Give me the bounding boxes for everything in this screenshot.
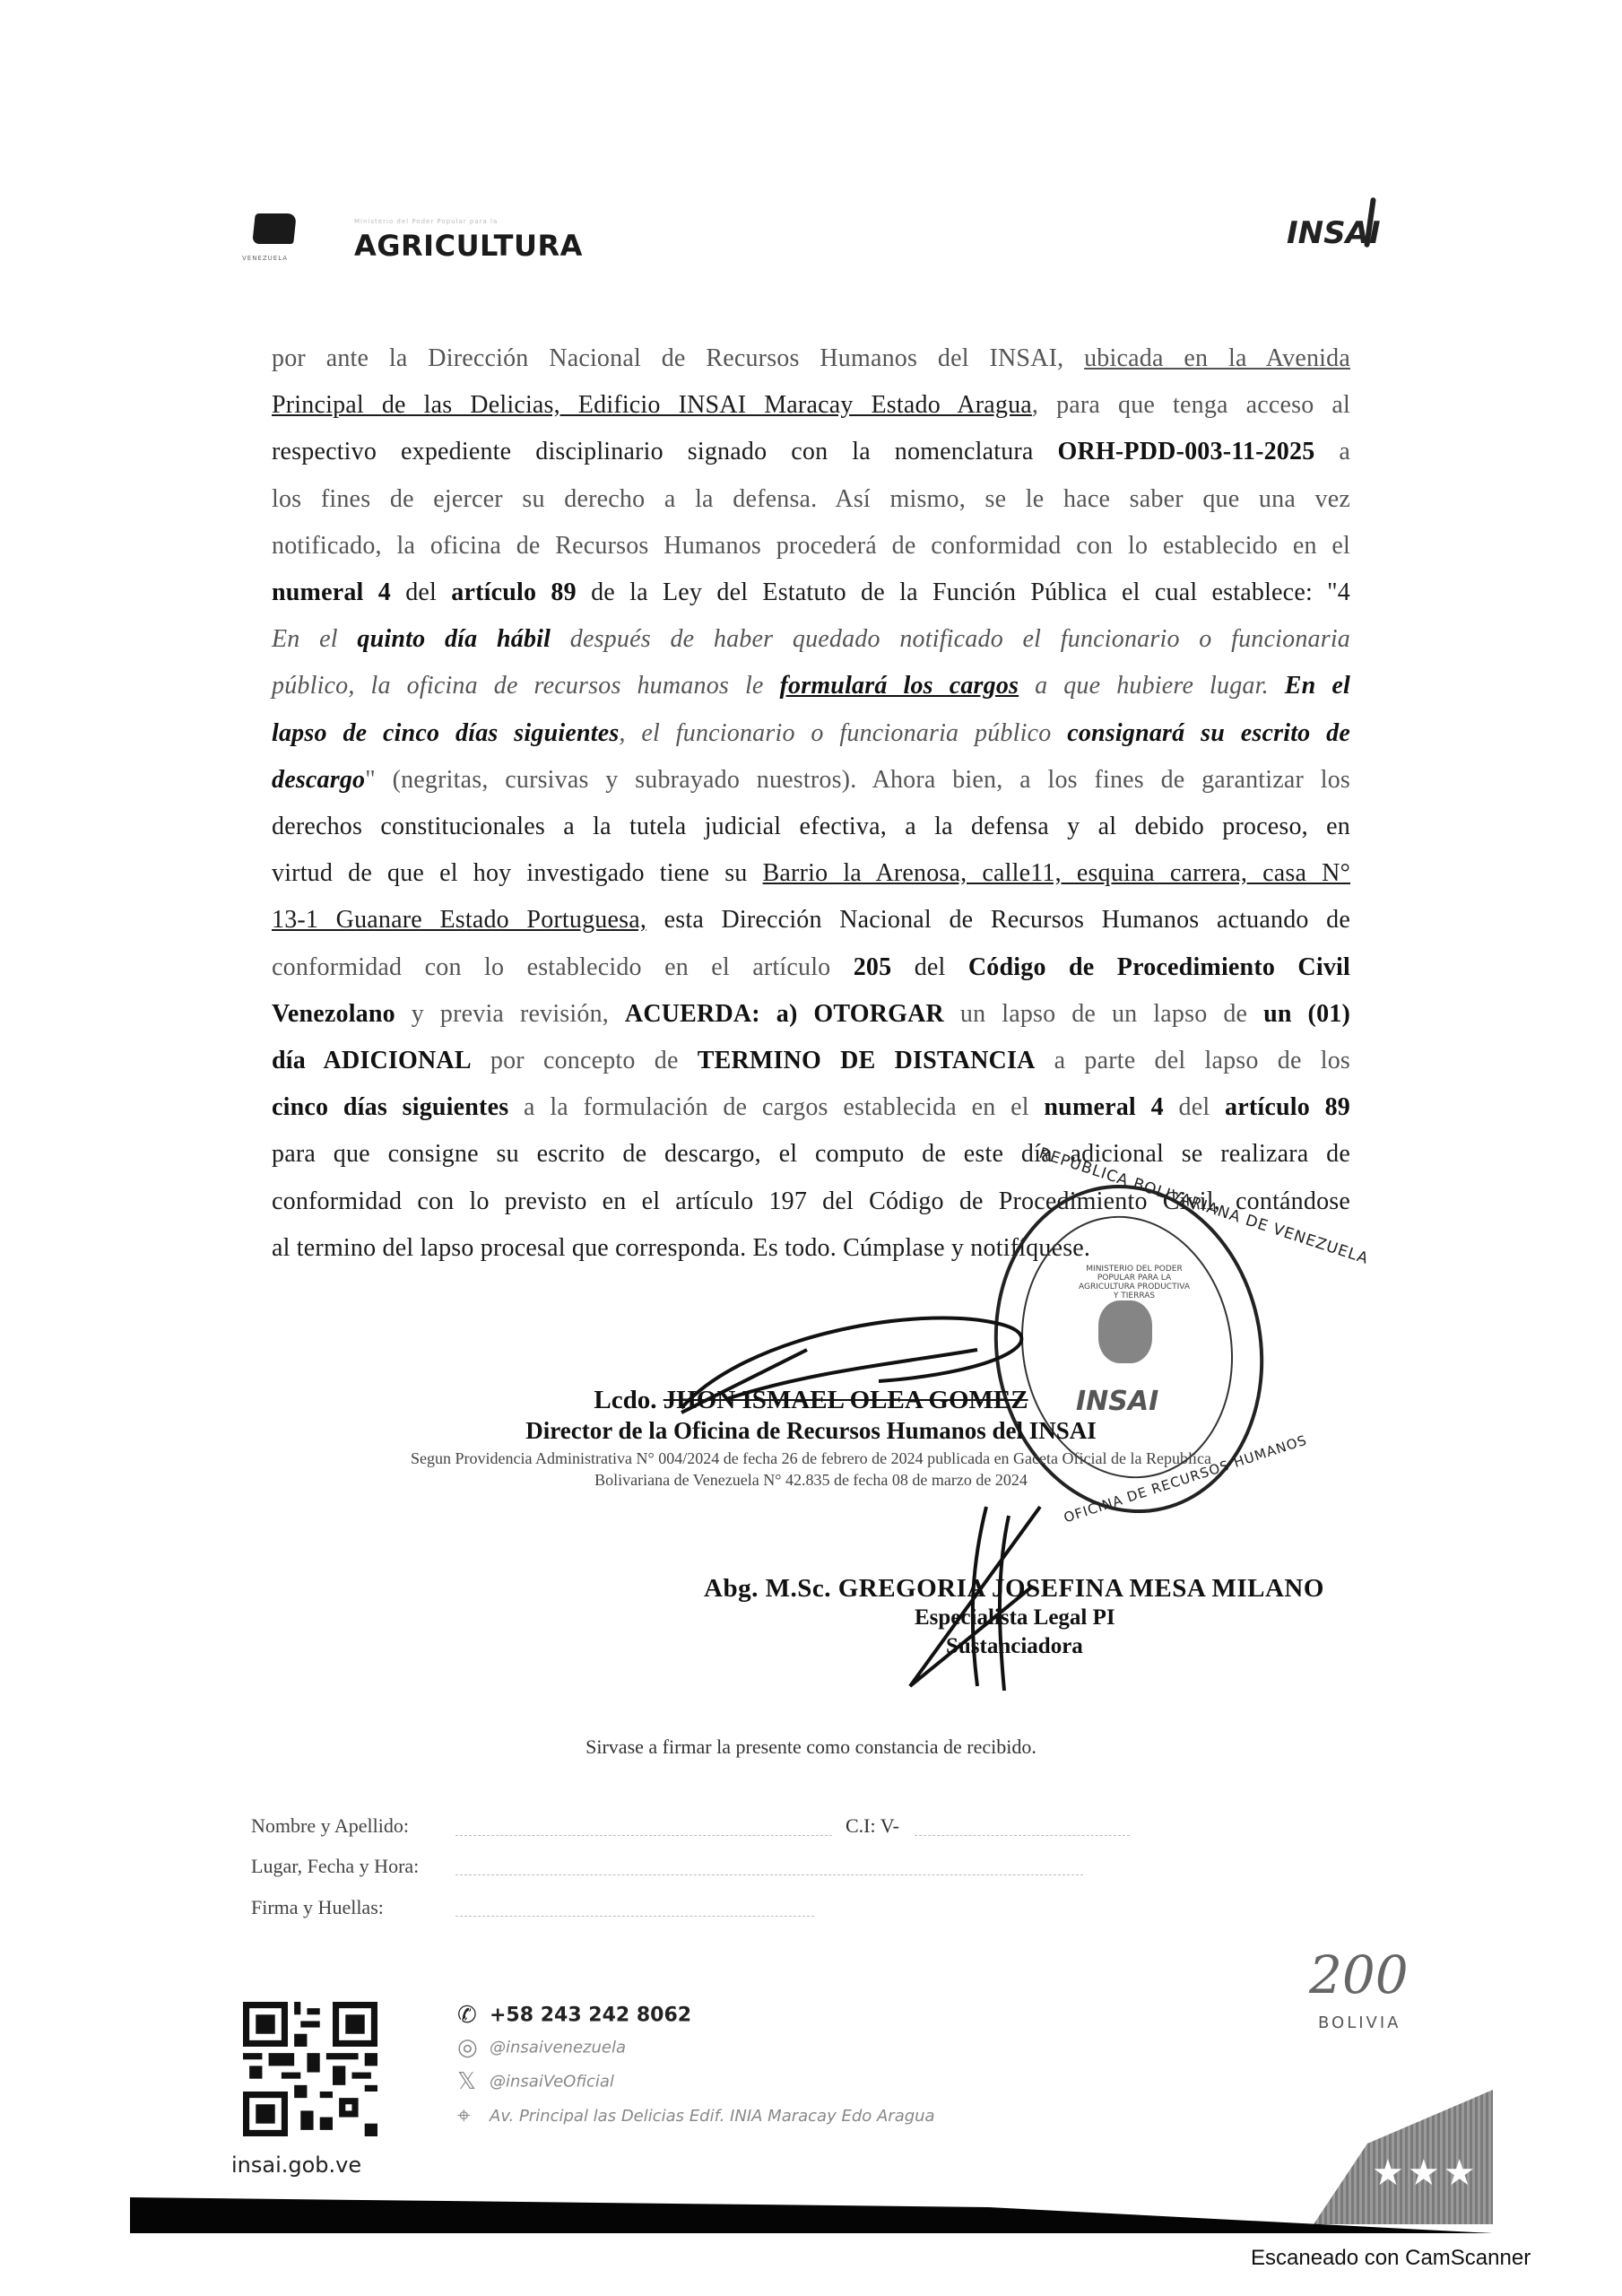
text-segment: Principal de las Delicias, Edificio INSA… [272,391,1032,419]
text-segment: 205 [854,953,892,981]
signatory1-title: Director de la Oficina de Recursos Human… [0,1417,1622,1445]
place-date-field-label: Lugar, Fecha y Hora: [251,1855,419,1878]
location-pin-icon: ⌖ [457,2102,490,2130]
body-line: los fines de ejercer su derecho a la def… [272,484,1350,515]
body-line: respectivo expediente disciplinario sign… [272,437,1350,467]
address-text: Av. Principal las Delicias Edif. INIA Ma… [490,2107,935,2126]
signatory1-fullname: JHON ISMAEL OLEA GOMEZ [664,1386,1028,1414]
text-segment: numeral 4 [272,578,391,606]
text-segment: ubicada en la Avenida [1084,344,1350,372]
text-segment: al termino del lapso procesal que corres… [272,1234,1090,1262]
text-segment: día ADICIONAL [272,1047,472,1074]
text-segment: por ante la Dirección Nacional de Recurs… [272,344,1084,372]
x-handle: @insaiVeOficial [490,2073,614,2092]
document-page: VENEZUELA Ministerio del Poder Popular p… [0,0,1622,2296]
text-segment: a la formulación de cargos establecida e… [508,1093,1044,1121]
text-segment: , para que tenga acceso al [1032,391,1350,419]
ministry-name: AGRICULTURA [354,229,583,263]
contact-x: 𝕏@insaiVeOficial [457,2068,614,2095]
body-line: notificado, la oficina de Recursos Human… [272,531,1350,561]
body-line: público, la oficina de recursos humanos … [272,671,1350,701]
phone-icon: ✆ [457,2002,490,2029]
body-line: 13-1 Guanare Estado Portuguesa, esta Dir… [272,905,1350,935]
venezuela-flag-icon [252,213,297,244]
bicentennial-logo: 200 [1309,1944,1409,2005]
name-field-label: Nombre y Apellido: [251,1814,409,1838]
body-line: derechos constitucionales a la tutela ju… [272,812,1350,842]
id-field-label: C.I: V- [846,1814,899,1838]
signature-field[interactable] [455,1916,814,1917]
text-segment: respectivo expediente disciplinario sign… [272,438,1058,465]
text-segment: Barrio la Arenosa, calle11, esquina carr… [763,859,1350,887]
text-segment: artículo 89 [1225,1093,1350,1121]
signatory2-role: Sustanciadora [946,1634,1083,1659]
instagram-handle: @insaivenezuela [490,2039,626,2057]
text-segment: notificado, la oficina de Recursos Human… [272,532,1350,560]
text-segment: del [1164,1093,1225,1121]
text-segment: por concepto de [472,1047,698,1074]
phone-number: +58 243 242 8062 [490,2005,691,2027]
text-segment: para que consigne su escrito de descargo… [272,1140,1350,1168]
text-segment: consignará su escrito de [1067,719,1350,747]
contact-address: ⌖Av. Principal las Delicias Edif. INIA M… [457,2102,935,2130]
name-field[interactable] [455,1835,832,1836]
text-segment: después de haber quedado notificado el f… [551,625,1350,653]
stars-icon: ★★★ [1372,2152,1479,2194]
text-segment: de la Ley del Estatuto de la Función Púb… [577,578,1350,606]
body-line: Principal de las Delicias, Edificio INSA… [272,390,1350,421]
body-line: para que consigne su escrito de descargo… [272,1139,1350,1170]
signatory1-name: Lcdo. JHON ISMAEL OLEA GOMEZ [0,1386,1622,1415]
footer-band [130,2188,1493,2233]
bicentennial-text: BOLIVIA [1318,2013,1401,2032]
text-segment: conformidad con lo establecido en el art… [272,953,854,981]
ministry-small-text: Ministerio del Poder Popular para la [354,218,498,225]
signatory1-prefix: Lcdo. [594,1386,663,1414]
text-segment: En el [272,625,357,653]
x-logo-icon: 𝕏 [457,2068,490,2095]
text-segment: , el funcionario o funcionaria público [619,719,1067,747]
contact-instagram: ◎@insaivenezuela [457,2034,626,2061]
signatory2-title: Especialista Legal PI [915,1605,1115,1631]
contact-phone: ✆+58 243 242 8062 [457,2002,691,2029]
text-segment: quinto día hábil [357,625,551,653]
text-segment: a [1314,438,1350,465]
text-segment: TERMINO DE DISTANCIA [698,1047,1036,1074]
text-segment: derechos constitucionales a la tutela ju… [272,813,1350,840]
text-segment: lapso de cinco días siguientes [272,719,619,747]
text-segment: formulará los cargos [780,672,1019,700]
text-segment: los fines de ejercer su derecho a la def… [272,485,1350,513]
id-field[interactable] [915,1835,1130,1836]
body-line: virtud de que el hoy investigado tiene s… [272,858,1350,889]
place-date-field[interactable] [455,1874,1083,1875]
website-link[interactable]: insai.gob.ve [231,2152,361,2178]
receipt-instruction: Sirvase a firmar la presente como consta… [0,1735,1622,1759]
text-segment: Venezolano [272,1000,395,1028]
signatory1-note-line1: Segun Providencia Administrativa N° 004/… [0,1449,1622,1468]
text-segment: artículo 89 [451,578,577,606]
text-segment: un lapso de un lapso de [944,1000,1263,1028]
text-segment: En el [1285,672,1350,700]
instagram-icon: ◎ [457,2034,490,2061]
text-segment: numeral 4 [1044,1093,1163,1121]
flag-caption: VENEZUELA [242,255,288,262]
body-line: cinco días siguientes a la formulación d… [272,1092,1350,1123]
body-line: Venezolano y previa revisión, ACUERDA: a… [272,999,1350,1030]
text-segment: a que hubiere lugar. [1019,672,1285,700]
text-segment: y previa revisión, [395,1000,625,1028]
signatory1-note-line2: Bolivariana de Venezuela N° 42.835 de fe… [0,1471,1622,1490]
text-segment: a parte del lapso de los [1036,1047,1351,1074]
text-segment: virtud de que el hoy investigado tiene s… [272,859,763,887]
camscanner-watermark: Escaneado con CamScanner [1251,2246,1531,2271]
signature-field-label: Firma y Huellas: [251,1896,384,1919]
text-segment: del [891,953,968,981]
text-segment: público, la oficina de recursos humanos … [272,672,780,700]
text-segment: del [391,578,451,606]
text-segment: 13-1 Guanare Estado Portuguesa, [272,906,646,934]
text-segment: Código de Procedimiento Civil [968,953,1350,981]
qr-code-icon [240,2002,380,2136]
text-segment: un (01) [1263,1000,1350,1028]
text-segment: cinco días siguientes [272,1093,508,1121]
text-segment: ORH-PDD-003-11-2025 [1058,438,1315,465]
body-line: por ante la Dirección Nacional de Recurs… [272,344,1350,374]
text-segment: descargo [272,766,365,794]
body-line: lapso de cinco días siguientes, el funci… [272,718,1350,749]
signatory2-name: Abg. M.Sc. GREGORIA JOSEFINA MESA MILANO [704,1574,1324,1604]
body-line: día ADICIONAL por concepto de TERMINO DE… [272,1046,1350,1076]
coat-of-arms-icon [1098,1300,1152,1363]
body-line: numeral 4 del artículo 89 de la Ley del … [272,578,1350,608]
stamp-ministry-text: MINISTERIO DEL PODER POPULAR PARA LA AGR… [1076,1265,1193,1300]
text-segment: ACUERDA: a) OTORGAR [625,1000,944,1028]
body-line: En el quinto día hábil después de haber … [272,624,1350,655]
text-segment: " (negritas, cursivas y subrayado nuestr… [365,766,1350,794]
body-line: conformidad con lo establecido en el art… [272,952,1350,983]
text-segment: esta Dirección Nacional de Recursos Huma… [646,906,1350,934]
body-line: descargo" (negritas, cursivas y subrayad… [272,765,1350,796]
